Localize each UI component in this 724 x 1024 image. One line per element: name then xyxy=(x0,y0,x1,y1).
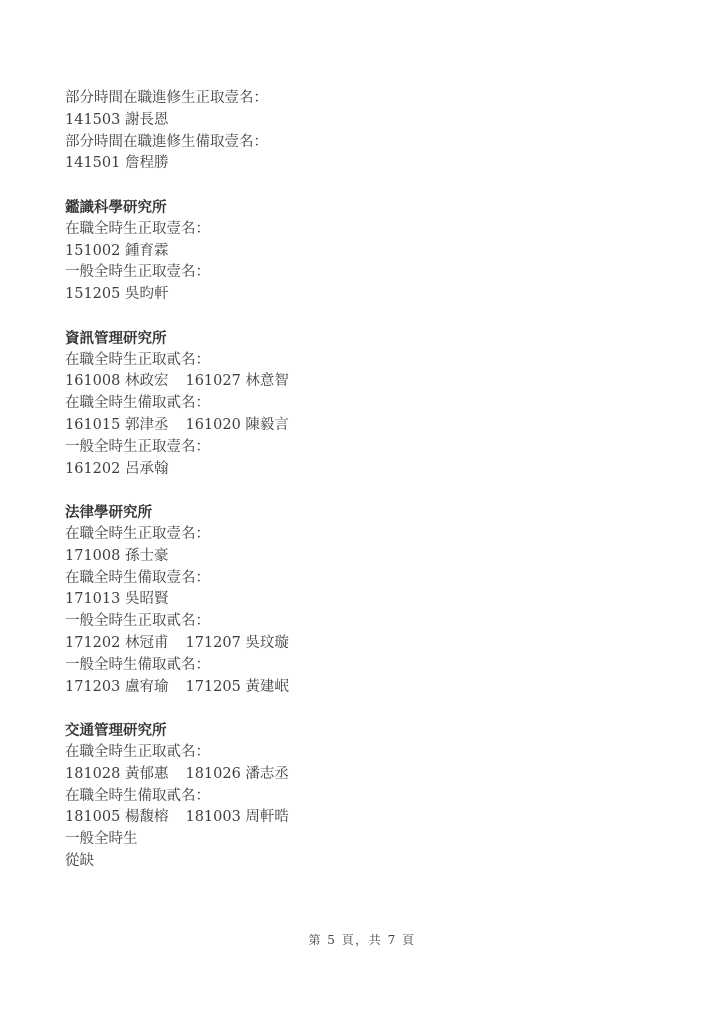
institute-heading: 鑑識科學研究所 xyxy=(65,197,684,219)
admittee-entry: 141501 詹程勝 xyxy=(65,153,168,175)
admittee-entry: 161015 郭津丞 xyxy=(65,415,168,437)
admittee-line: 171008 孫士豪 xyxy=(65,546,684,568)
category-label: 在職全時生備取貳名： xyxy=(65,393,684,415)
category-label: 在職全時生正取壹名： xyxy=(65,524,684,546)
document-page: 部分時間在職進修生正取壹名：141503 謝長恩部分時間在職進修生備取壹名：14… xyxy=(0,0,724,1024)
institute-heading: 交通管理研究所 xyxy=(65,720,684,742)
category-label: 一般全時生 xyxy=(65,829,684,851)
institute-section: 鑑識科學研究所在職全時生正取壹名：151002 鍾育霖一般全時生正取壹名：151… xyxy=(65,197,684,306)
admittee-line: 161008 林政宏161027 林意智 xyxy=(65,371,684,393)
category-label: 一般全時生正取壹名： xyxy=(65,262,684,284)
institute-section: 交通管理研究所在職全時生正取貳名：181028 黃郁惠181026 潘志丞在職全… xyxy=(65,720,684,873)
admittee-entry: 151002 鍾育霖 xyxy=(65,241,168,263)
institute-heading: 法律學研究所 xyxy=(65,502,684,524)
page-footer: 第 5 頁，共 7 頁 xyxy=(0,931,724,948)
admittee-entry: 161020 陳毅言 xyxy=(185,415,288,437)
admittee-line: 151002 鍾育霖 xyxy=(65,241,684,263)
admittee-entry: 161027 林意智 xyxy=(185,371,288,393)
admittee-entry: 171207 吳玟璇 xyxy=(185,633,288,655)
category-label: 在職全時生正取貳名： xyxy=(65,350,684,372)
admittee-line: 171013 吳昭賢 xyxy=(65,589,684,611)
institute-section: 部分時間在職進修生正取壹名：141503 謝長恩部分時間在職進修生備取壹名：14… xyxy=(65,88,684,175)
category-label: 在職全時生正取貳名： xyxy=(65,742,684,764)
category-label: 在職全時生備取貳名： xyxy=(65,786,684,808)
category-label: 在職全時生備取壹名： xyxy=(65,568,684,590)
admittee-entry: 171008 孫士豪 xyxy=(65,546,168,568)
admittee-entry: 181005 楊馥榕 xyxy=(65,807,168,829)
admittee-line: 141501 詹程勝 xyxy=(65,153,684,175)
admittee-entry: 161202 呂承翰 xyxy=(65,459,168,481)
category-label: 一般全時生正取貳名： xyxy=(65,611,684,633)
admittee-entry: 181026 潘志丞 xyxy=(185,764,288,786)
admittee-line: 151205 吳昀軒 xyxy=(65,284,684,306)
category-label: 部分時間在職進修生正取壹名： xyxy=(65,88,684,110)
admittee-line: 171203 盧宥瑜171205 黃建岷 xyxy=(65,677,684,699)
admittee-entry: 161008 林政宏 xyxy=(65,371,168,393)
admittee-line: 161015 郭津丞161020 陳毅言 xyxy=(65,415,684,437)
document-body: 部分時間在職進修生正取壹名：141503 謝長恩部分時間在職進修生備取壹名：14… xyxy=(65,88,684,894)
admittee-entry: 181028 黃郁惠 xyxy=(65,764,168,786)
admittee-entry: 171205 黃建岷 xyxy=(185,677,288,699)
admittee-entry: 181003 周軒晧 xyxy=(185,807,288,829)
admittee-line: 181028 黃郁惠181026 潘志丞 xyxy=(65,764,684,786)
category-label: 部分時間在職進修生備取壹名： xyxy=(65,132,684,154)
category-label: 在職全時生正取壹名： xyxy=(65,219,684,241)
admittee-line: 181005 楊馥榕181003 周軒晧 xyxy=(65,807,684,829)
institute-heading: 資訊管理研究所 xyxy=(65,328,684,350)
institute-section: 資訊管理研究所在職全時生正取貳名：161008 林政宏161027 林意智在職全… xyxy=(65,328,684,481)
admittee-entry: 171203 盧宥瑜 xyxy=(65,677,168,699)
admittee-line: 171202 林冠甫171207 吳玟璇 xyxy=(65,633,684,655)
admittee-line: 141503 謝長恩 xyxy=(65,110,684,132)
institute-section: 法律學研究所在職全時生正取壹名：171008 孫士豪在職全時生備取壹名：1710… xyxy=(65,502,684,698)
category-label: 一般全時生備取貳名： xyxy=(65,655,684,677)
admittee-entry: 141503 謝長恩 xyxy=(65,110,168,132)
admittee-entry: 151205 吳昀軒 xyxy=(65,284,168,306)
admittee-entry: 171202 林冠甫 xyxy=(65,633,168,655)
admittee-entry: 171013 吳昭賢 xyxy=(65,589,168,611)
admittee-line: 161202 呂承翰 xyxy=(65,459,684,481)
category-label: 從缺 xyxy=(65,851,684,873)
category-label: 一般全時生正取壹名： xyxy=(65,437,684,459)
